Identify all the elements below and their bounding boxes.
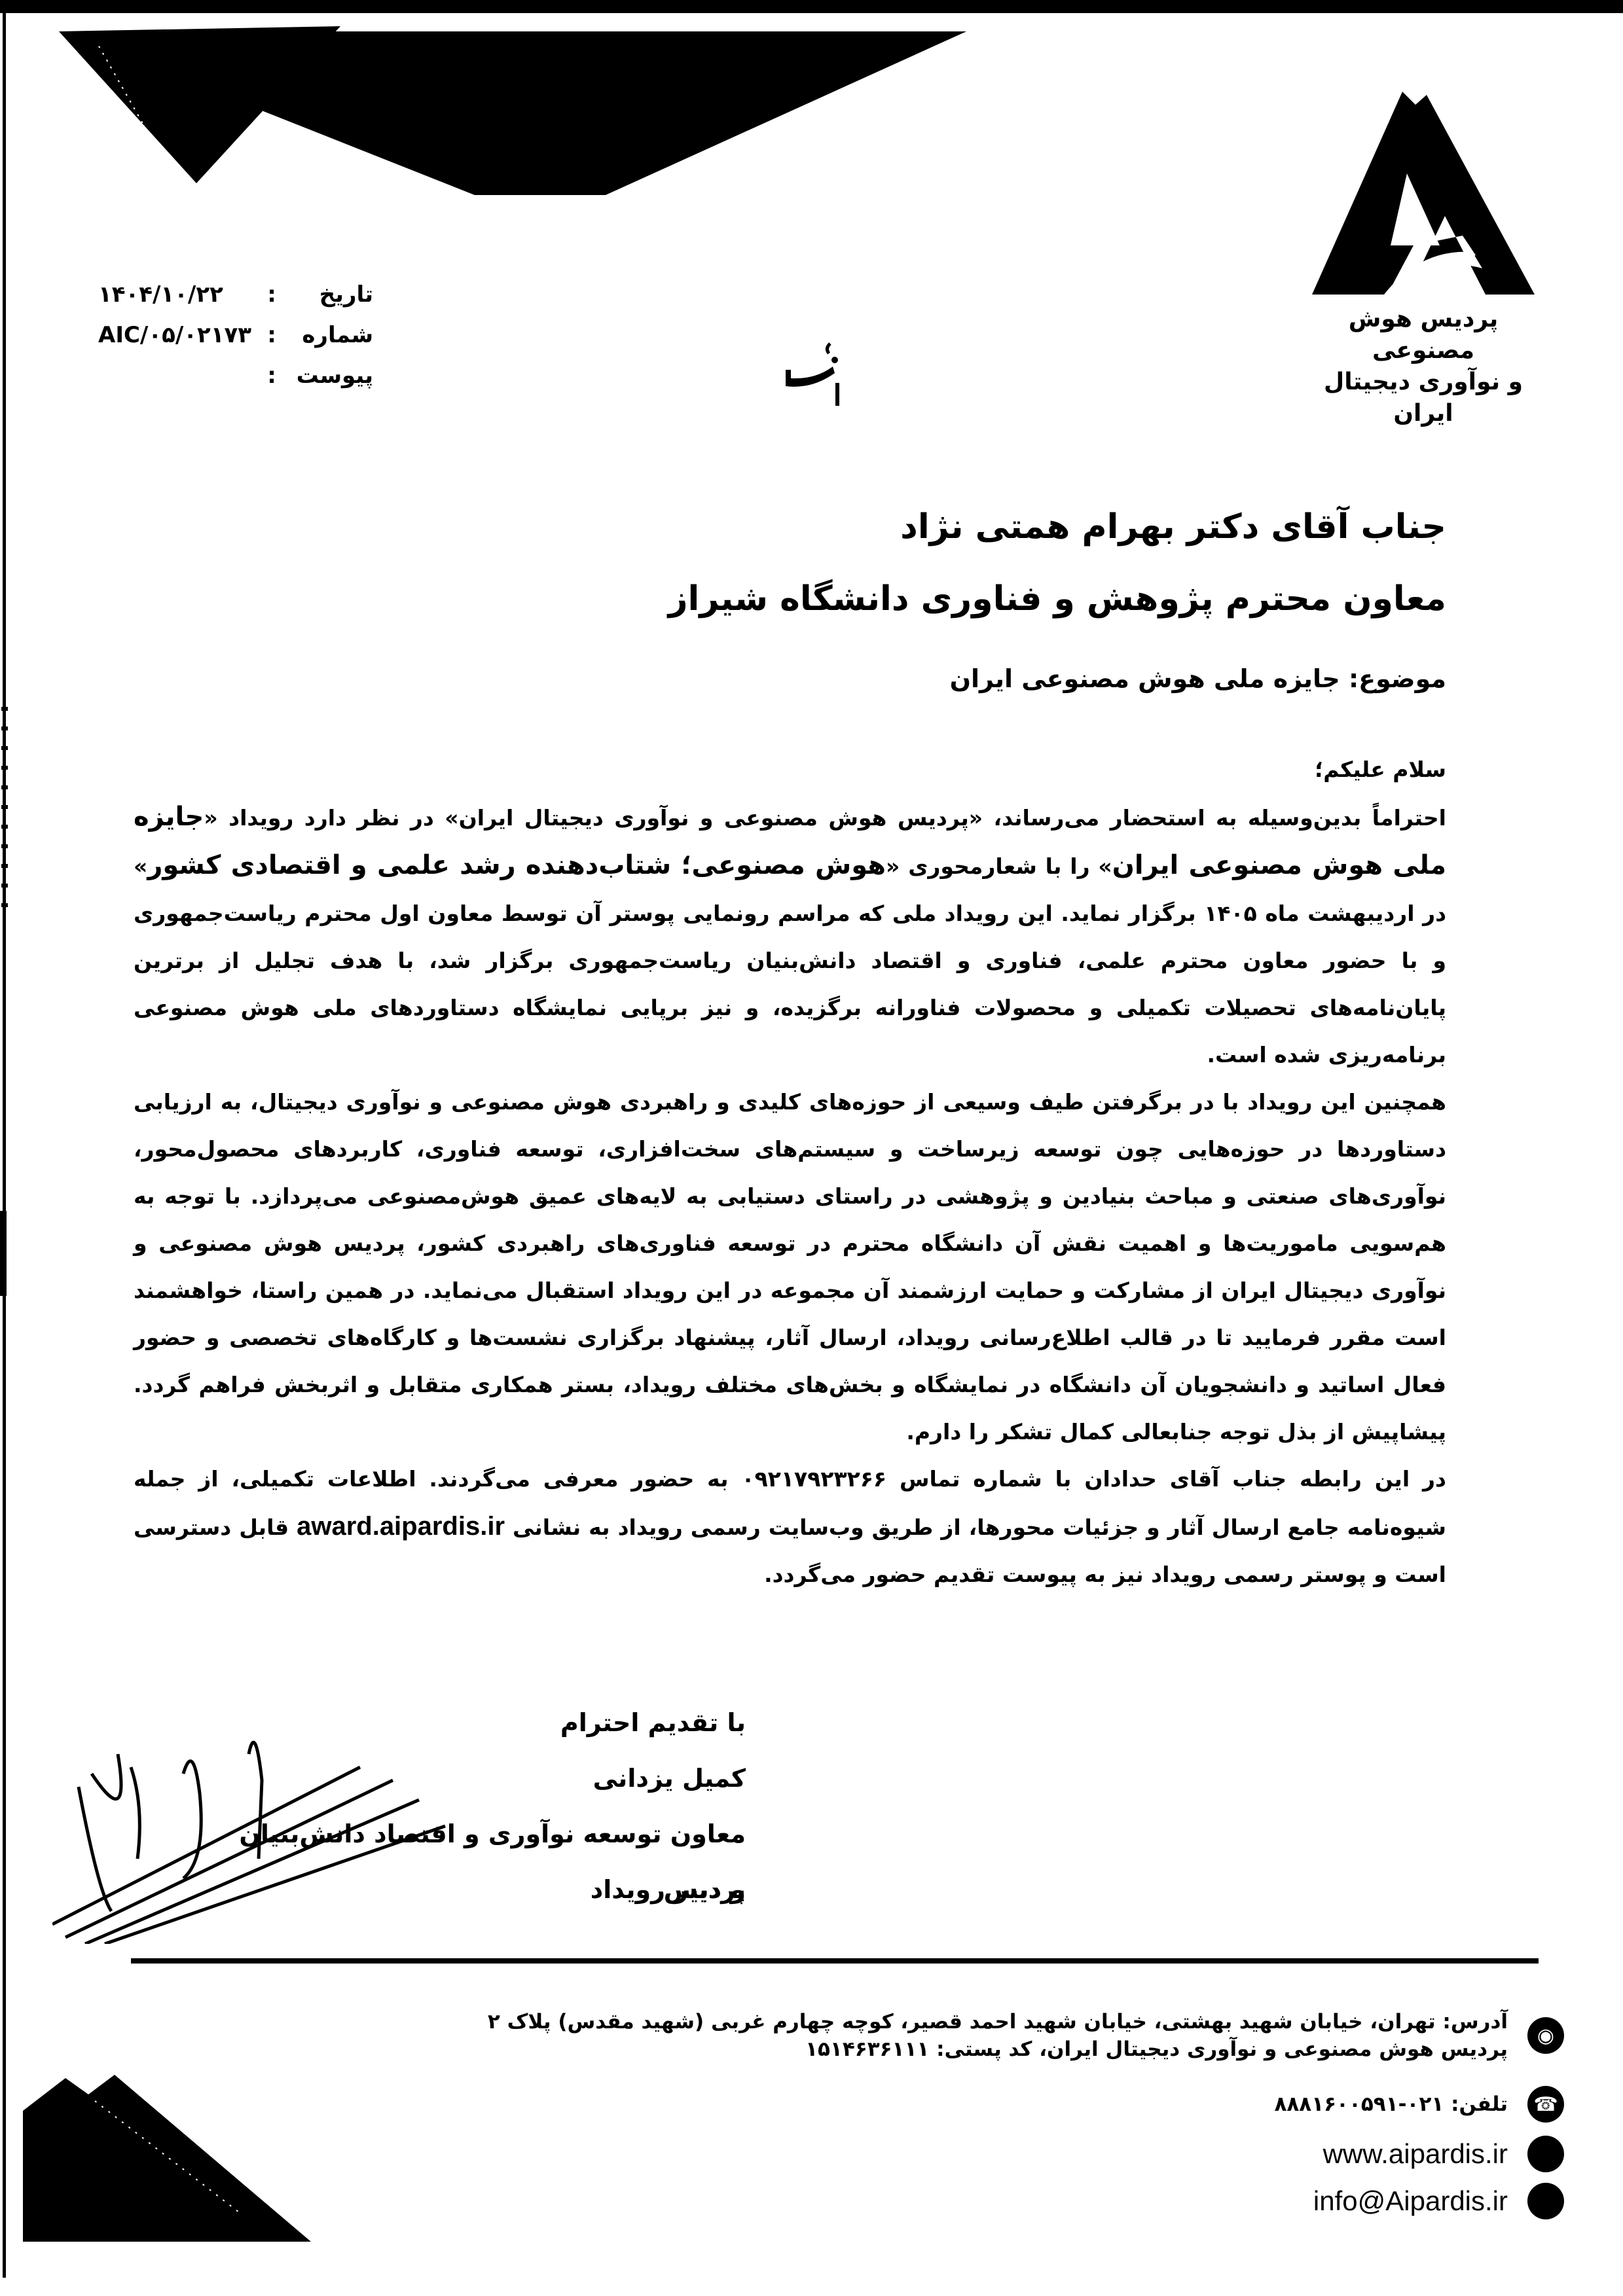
- addressee-name: جناب آقای دکتر بهرام همتی نژاد: [202, 507, 1446, 547]
- email-icon: [1527, 2183, 1564, 2219]
- phone-number: تلفن: ۰۲۱-۸۸۸۱۶۰۰۵۹۱: [1274, 2090, 1508, 2118]
- signature-block: با تقدیم احترام کمیل یزدانی معاون توسعه …: [156, 1695, 746, 1918]
- binding-mark: [0, 1211, 7, 1296]
- basmala-icon: [773, 340, 845, 406]
- number-label: شماره: [282, 322, 373, 348]
- ai-pardis-logo-icon: [1312, 79, 1535, 295]
- footer-address: ◉ آدرس: تهران، خیابان شهید بهشتی، خیابان…: [255, 2000, 1564, 2072]
- attachment-label: پیوست: [282, 363, 373, 389]
- email-link[interactable]: info@Aipardis.ir: [1313, 2187, 1508, 2215]
- paragraph-3: در این رابطه جناب آقای حدادان با شماره ت…: [134, 1456, 1446, 1598]
- date-value: ۱۴۰۴/۱۰/۲۲: [98, 281, 262, 308]
- letter-body: سلام علیکم؛ احتراماً بدین‌وسیله به استحض…: [134, 746, 1446, 1598]
- number-row: شماره : AIC/۰۵/۰۲۱۷۳: [98, 322, 373, 363]
- binding-marks: [0, 707, 8, 942]
- footer-contact: ◉ آدرس: تهران، خیابان شهید بهشتی، خیابان…: [255, 2000, 1564, 2225]
- footer-phone: ☎ تلفن: ۰۲۱-۸۸۸۱۶۰۰۵۹۱: [255, 2078, 1564, 2130]
- addressee-title: معاون محترم پژوهش و فناوری دانشگاه شیراز: [202, 579, 1446, 619]
- basmala-calligraphy: بسمه تعالی: [773, 340, 845, 406]
- date-row: تاریخ : ۱۴۰۴/۱۰/۲۲: [98, 281, 373, 322]
- globe-icon: [1527, 2136, 1564, 2172]
- footer-website: www.aipardis.ir: [255, 2130, 1564, 2178]
- separator: :: [262, 322, 282, 348]
- organization-logo: پردیس هوش مصنوعی و نوآوری دیجیتال ایران: [1296, 79, 1551, 429]
- paragraph-1: احتراماً بدین‌وسیله به استحضار می‌رساند،…: [134, 793, 1446, 1079]
- event-website-link[interactable]: award.aipardis.ir: [297, 1512, 505, 1541]
- scan-border-top: [0, 0, 1623, 13]
- footer-email: info@Aipardis.ir: [255, 2178, 1564, 2225]
- location-pin-icon: ◉: [1527, 2017, 1564, 2054]
- separator: :: [262, 363, 282, 389]
- signer-role: و دبیر رویداد: [156, 1862, 746, 1918]
- event-slogan: هوش مصنوعی؛ شتاب‌دهنده رشد علمی و اقتصاد…: [147, 850, 886, 880]
- letter-meta: تاریخ : ۱۴۰۴/۱۰/۲۲ شماره : AIC/۰۵/۰۲۱۷۳ …: [98, 281, 373, 403]
- signer-title: معاون توسعه نوآوری و اقتصاد دانش‌بنیان پ…: [156, 1806, 746, 1862]
- closing: با تقدیم احترام: [156, 1695, 746, 1751]
- organization-name-line2: و نوآوری دیجیتال ایران: [1296, 367, 1551, 429]
- decorative-triangle-top-wide: [62, 31, 979, 195]
- website-link[interactable]: www.aipardis.ir: [1323, 2140, 1508, 2168]
- subject-line: موضوع: جایزه ملی هوش مصنوعی ایران: [202, 664, 1446, 693]
- phone-icon: ☎: [1527, 2086, 1564, 2123]
- paragraph-2: همچنین این رویداد با در برگرفتن طیف وسیع…: [134, 1079, 1446, 1456]
- number-value: AIC/۰۵/۰۲۱۷۳: [98, 322, 262, 348]
- address-line-2: پردیس هوش مصنوعی و نوآوری دیجیتال ایران،…: [488, 2036, 1508, 2063]
- organization-name-line1: پردیس هوش مصنوعی: [1296, 304, 1551, 367]
- separator: :: [262, 281, 282, 308]
- subject-label: موضوع:: [1349, 664, 1446, 693]
- address-line-1: آدرس: تهران، خیابان شهید بهشتی، خیابان ش…: [488, 2008, 1508, 2036]
- attachment-row: پیوست :: [98, 363, 373, 403]
- scan-border-left: [3, 0, 6, 2278]
- subject-value: جایزه ملی هوش مصنوعی ایران: [950, 664, 1340, 693]
- greeting: سلام علیکم؛: [134, 746, 1446, 793]
- footer-divider: [131, 1958, 1539, 1964]
- date-label: تاریخ: [282, 281, 373, 308]
- signer-name: کمیل یزدانی: [156, 1751, 746, 1806]
